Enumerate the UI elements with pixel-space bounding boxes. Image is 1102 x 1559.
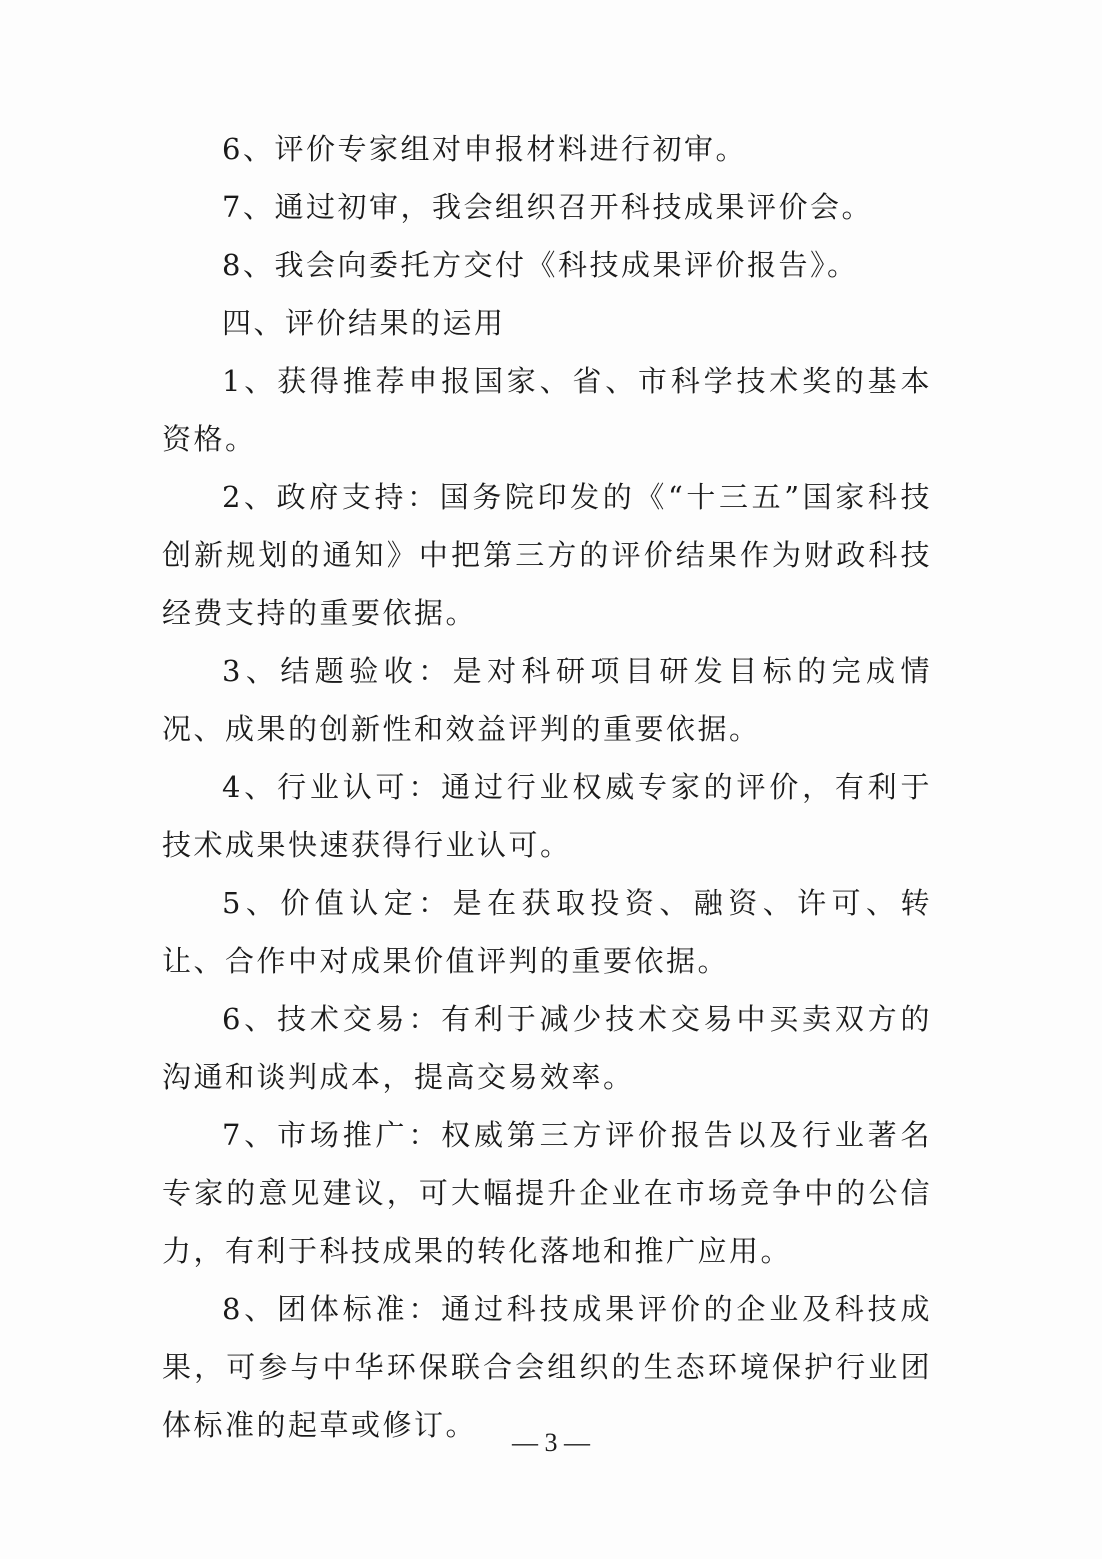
- document-page: 6、评价专家组对申报材料进行初审。 7、通过初审，我会组织召开科技成果评价会。 …: [0, 0, 1102, 1559]
- paragraph-use-5: 5、价值认定：是在获取投资、融资、许可、转让、合作中对成果价值评判的重要依据。: [162, 874, 932, 990]
- paragraph-use-7: 7、市场推广：权威第三方评价报告以及行业著名专家的意见建议，可大幅提升企业在市场…: [162, 1106, 932, 1280]
- paragraph-use-3: 3、结题验收：是对科研项目研发目标的完成情况、成果的创新性和效益评判的重要依据。: [162, 642, 932, 758]
- paragraph-use-1: 1、获得推荐申报国家、省、市科学技术奖的基本资格。: [162, 352, 932, 468]
- page-number: — 3 —: [0, 1428, 1102, 1458]
- paragraph-use-6: 6、技术交易：有利于减少技术交易中买卖双方的沟通和谈判成本，提高交易效率。: [162, 990, 932, 1106]
- paragraph-step-8: 8、我会向委托方交付《科技成果评价报告》。: [162, 236, 932, 294]
- document-body: 6、评价专家组对申报材料进行初审。 7、通过初审，我会组织召开科技成果评价会。 …: [162, 120, 932, 1454]
- section-heading-4: 四、评价结果的运用: [162, 294, 932, 352]
- paragraph-use-2: 2、政府支持：国务院印发的《“十三五”国家科技创新规划的通知》中把第三方的评价结…: [162, 468, 932, 642]
- paragraph-step-7: 7、通过初审，我会组织召开科技成果评价会。: [162, 178, 932, 236]
- paragraph-step-6: 6、评价专家组对申报材料进行初审。: [162, 120, 932, 178]
- paragraph-use-4: 4、行业认可：通过行业权威专家的评价，有利于技术成果快速获得行业认可。: [162, 758, 932, 874]
